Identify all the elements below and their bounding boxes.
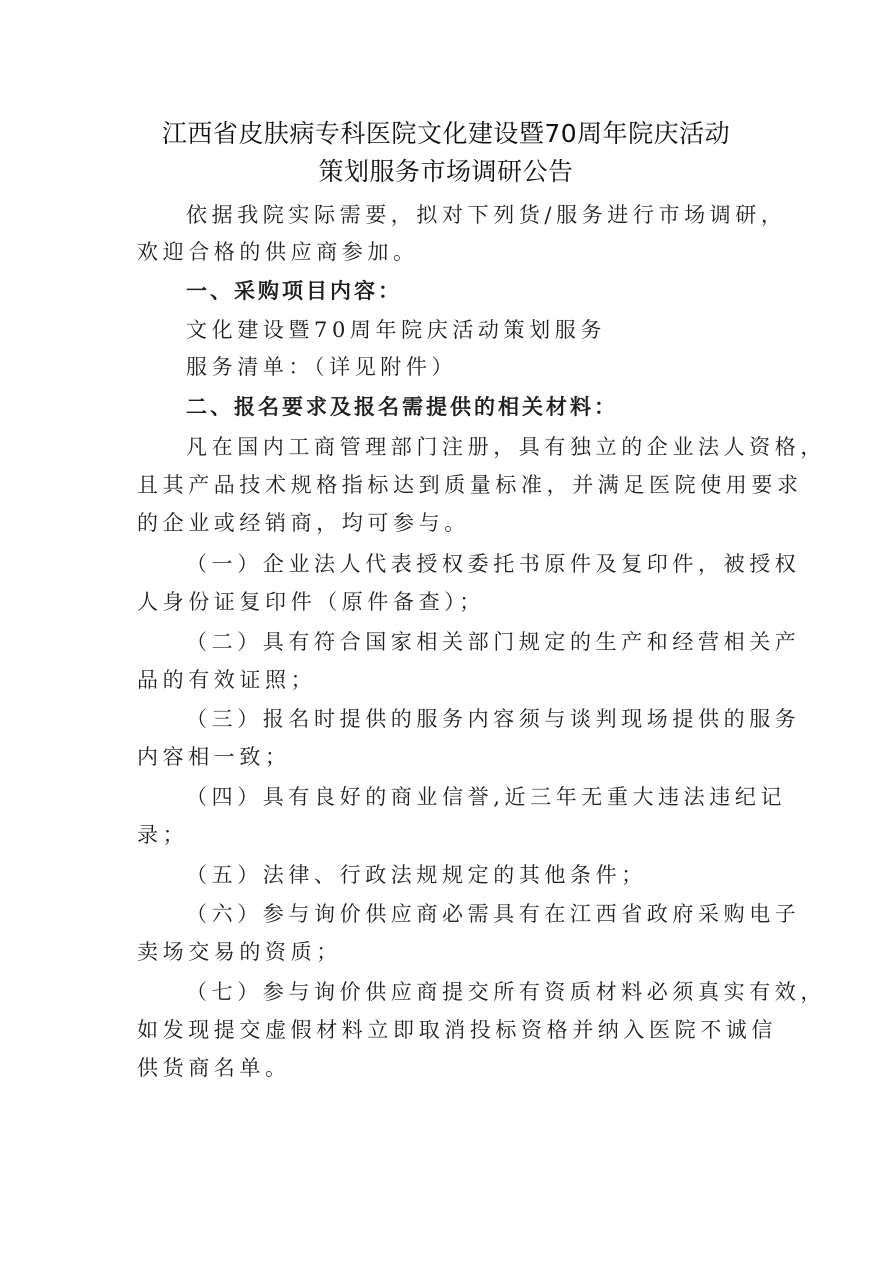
requirement-1-line-1: （一）企业法人代表授权委托书原件及复印件，被授权 <box>186 548 800 578</box>
service-list-note: 服务清单：（详见附件） <box>186 351 457 381</box>
requirement-7-line-3: 供货商名单。 <box>137 1052 291 1082</box>
requirement-4-line-2: 录； <box>137 819 188 849</box>
requirement-1-line-2: 人身份证复印件（原件备查）； <box>137 586 485 616</box>
requirement-4-line-1: （四）具有良好的商业信誉,近三年无重大违法违纪记 <box>186 781 786 811</box>
document-title-line-2: 策划服务市场调研公告 <box>0 152 892 188</box>
section-1-heading: 一、采购项目内容： <box>186 275 402 305</box>
section-2-heading: 二、报名要求及报名需提供的相关材料： <box>186 391 618 421</box>
requirement-7-line-2: 如发现提交虚假材料立即取消投标资格并纳入医院不诚信 <box>137 1014 777 1044</box>
intro-line-2: 欢迎合格的供应商参加。 <box>137 236 419 266</box>
document-page: 江西省皮肤病专科医院文化建设暨70周年院庆活动 策划服务市场调研公告 依据我院实… <box>0 0 892 1262</box>
document-title-line-1: 江西省皮肤病专科医院文化建设暨70周年院庆活动 <box>0 114 892 150</box>
requirement-3-line-2: 内容相一致； <box>137 741 291 771</box>
requirement-7-line-1: （七）参与询价供应商提交所有资质材料必须真实有效， <box>186 976 826 1006</box>
eligibility-para-line-2: 且其产品技术规格指标达到质量标准，并满足医院使用要求 <box>137 469 803 499</box>
procurement-item-name: 文化建设暨70周年院庆活动策划服务 <box>186 314 606 344</box>
requirement-2-line-1: （二）具有符合国家相关部门规定的生产和经营相关产 <box>186 626 800 656</box>
requirement-2-line-2: 品的有效证照； <box>137 664 316 694</box>
requirement-6-line-1: （六）参与询价供应商必需具有在江西省政府采购电子 <box>186 898 800 928</box>
requirement-6-line-2: 卖场交易的资质； <box>137 936 342 966</box>
eligibility-para-line-3: 的企业或经销商，均可参与。 <box>137 507 470 537</box>
eligibility-para-line-1: 凡在国内工商管理部门注册，具有独立的企业法人资格， <box>186 431 826 461</box>
requirement-5-line-1: （五）法律、行政法规规定的其他条件； <box>186 859 647 889</box>
intro-line-1: 依据我院实际需要，拟对下列货/服务进行市场调研， <box>186 199 786 229</box>
requirement-3-line-1: （三）报名时提供的服务内容须与谈判现场提供的服务 <box>186 703 800 733</box>
